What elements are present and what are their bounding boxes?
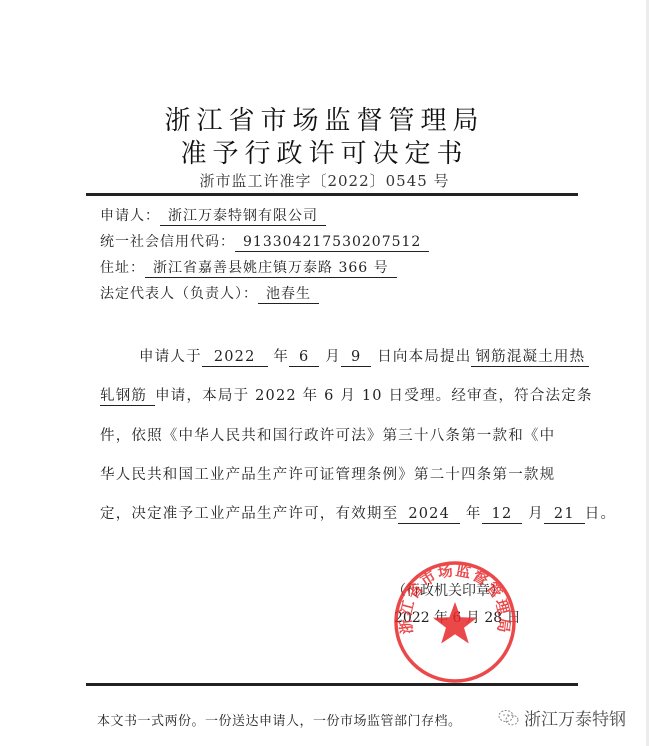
apply-day: 9 xyxy=(341,349,371,367)
text: 月 xyxy=(325,349,341,365)
valid-month: 12 xyxy=(482,506,523,524)
issuing-authority-title: 浙江省市场监督管理局 xyxy=(0,100,649,137)
body-line-2: 轧钢筋申请，本局于 2022 年 6 月 10 日受理。经审查，符合法定条 xyxy=(100,384,560,406)
apply-year: 2022 xyxy=(202,349,268,367)
watermark-text: 浙江万泰特钢 xyxy=(524,705,626,730)
body-line-1: 申请人于2022 年6 月9 日向本局提出钢筋混凝土用热 xyxy=(139,345,599,367)
valid-year: 2024 xyxy=(398,506,460,524)
product-name-part2: 轧钢筋 xyxy=(100,388,155,406)
field-value: 浙江万泰特钢有限公司 xyxy=(160,208,326,226)
valid-day: 21 xyxy=(544,506,585,524)
body-line-4: 华人民共和国工业产品生产许可证管理条例》第二十四条第一款规 xyxy=(100,463,560,484)
body-line-5: 定，决定准予工业产品生产许可，有效期至2024 年12 月21日。 xyxy=(100,502,560,524)
apply-month: 6 xyxy=(289,349,319,367)
top-divider xyxy=(86,193,578,196)
official-seal-icon: 浙江省市场监督管理局 xyxy=(393,560,517,684)
field-value: 池春生 xyxy=(258,286,319,304)
product-name-part1: 钢筋混凝土用热 xyxy=(471,349,589,367)
body-line-3: 件，依照《中华人民共和国行政许可法》第三十八条第一款和《中 xyxy=(100,424,560,445)
field-label: 申请人： xyxy=(100,208,160,224)
address-field: 住址：浙江省嘉善县姚庄镇万泰路 366 号 xyxy=(100,257,397,278)
field-value: 913304217530207512 xyxy=(235,234,429,252)
text: 申请，本局于 2022 年 6 月 10 日受理。经审查，符合法定条 xyxy=(155,388,593,404)
text: 月 xyxy=(528,506,544,522)
text: 申请人于 xyxy=(139,349,202,365)
field-value: 浙江省嘉善县姚庄镇万泰路 366 号 xyxy=(145,260,397,278)
watermark: 浙江万泰特钢 xyxy=(498,705,626,730)
credit-code-field: 统一社会信用代码：913304217530207512 xyxy=(100,231,429,252)
field-label: 法定代表人（负责人）： xyxy=(100,286,258,302)
applicant-field: 申请人：浙江万泰特钢有限公司 xyxy=(100,205,326,226)
footer-note: 本文书一式两份。一份送达申请人，一份市场监管部门存档。 xyxy=(97,710,462,729)
field-label: 住址： xyxy=(100,260,145,276)
text: 日。 xyxy=(585,506,616,522)
text: 日向本局提出 xyxy=(377,349,471,365)
bottom-divider xyxy=(86,683,578,686)
text: 年 xyxy=(273,349,289,365)
document-title: 准予行政许可决定书 xyxy=(0,133,649,170)
wechat-icon xyxy=(498,709,520,727)
text: 定，决定准予工业产品生产许可，有效期至 xyxy=(100,506,398,522)
field-label: 统一社会信用代码： xyxy=(100,234,235,250)
document-number: 浙市监工许准字〔2022〕0545 号 xyxy=(0,170,649,191)
legal-representative-field: 法定代表人（负责人）：池春生 xyxy=(100,283,319,304)
text: 年 xyxy=(466,506,482,522)
